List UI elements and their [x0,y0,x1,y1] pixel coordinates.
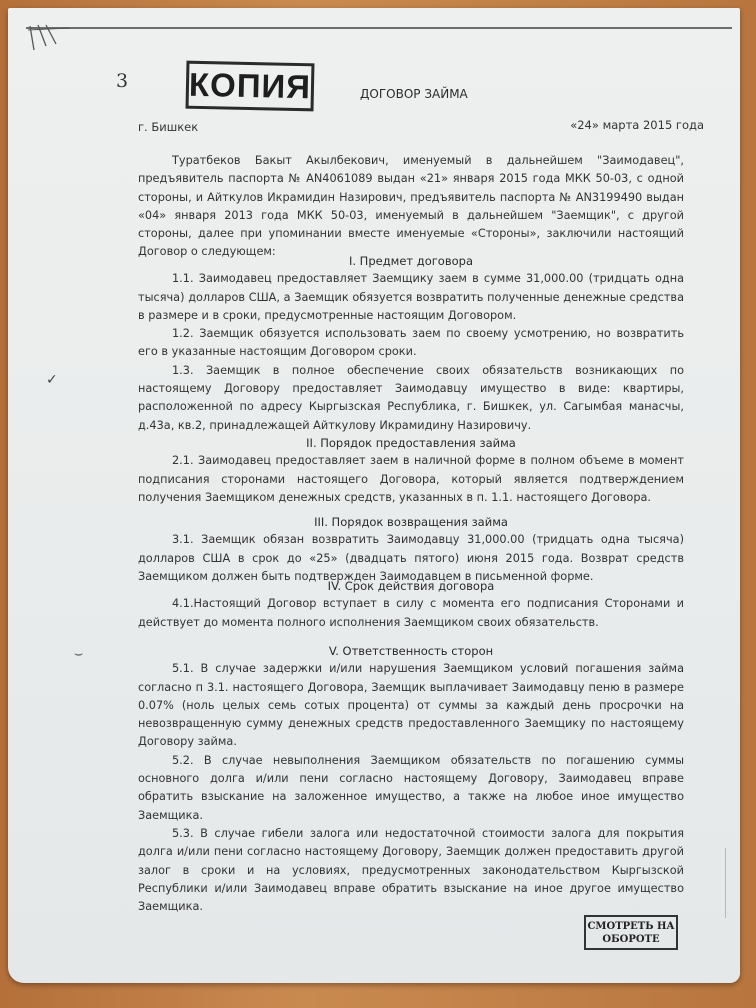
contract-date: «24» марта 2015 года [570,118,704,132]
clause-5-1: 5.1. В случае задержки и/или нарушения З… [138,660,684,751]
section-4: IV. Срок действия договора 4.1.Настоящий… [138,577,684,632]
handwritten-page-number: 3 [116,70,128,92]
clause-4-1: 4.1.Настоящий Договор вступает в силу с … [138,595,684,632]
clause-5-3: 5.3. В случае гибели залога или недостат… [138,825,684,916]
section-2: II. Порядок предоставления займа 2.1. За… [138,434,684,507]
edge-line [725,848,726,918]
section-3: III. Порядок возвращения займа 3.1. Заем… [138,513,684,586]
copy-stamp: КОПИЯ [186,61,315,112]
hatch-marks-icon [22,22,72,62]
section-heading: I. Предмет договора [138,252,684,270]
clause-1-2: 1.2. Заемщик обязуется использовать заем… [138,325,684,362]
see-reverse-stamp: СМОТРЕТЬ НА ОБОРОТЕ [584,915,678,950]
clause-2-1: 2.1. Заимодавец предоставляет заем в нал… [138,452,684,507]
section-5: V. Ответственность сторон 5.1. В случае … [138,642,684,916]
preamble: Туратбеков Бакыт Акылбекович, именуемый … [138,152,684,262]
section-heading: II. Порядок предоставления займа [138,434,684,452]
pen-tick-icon: ✓ [46,372,58,388]
clause-1-1: 1.1. Заимодавец предоставляет Заемщику з… [138,270,684,325]
pen-tick-icon: ⌣ [74,646,83,662]
document-title: ДОГОВОР ЗАЙМА [360,87,468,101]
section-1: I. Предмет договора 1.1. Заимодавец пред… [138,252,684,435]
city: г. Бишкек [138,120,198,134]
preamble-block: Туратбеков Бакыт Акылбекович, именуемый … [138,152,684,262]
section-heading: III. Порядок возвращения займа [138,513,684,531]
section-heading: V. Ответственность сторон [138,642,684,660]
top-rule [26,27,732,29]
section-heading: IV. Срок действия договора [138,577,684,595]
clause-1-3: 1.3. Заемщик в полное обеспечение своих … [138,362,684,435]
clause-5-2: 5.2. В случае невыполнения Заемщиком обя… [138,752,684,825]
